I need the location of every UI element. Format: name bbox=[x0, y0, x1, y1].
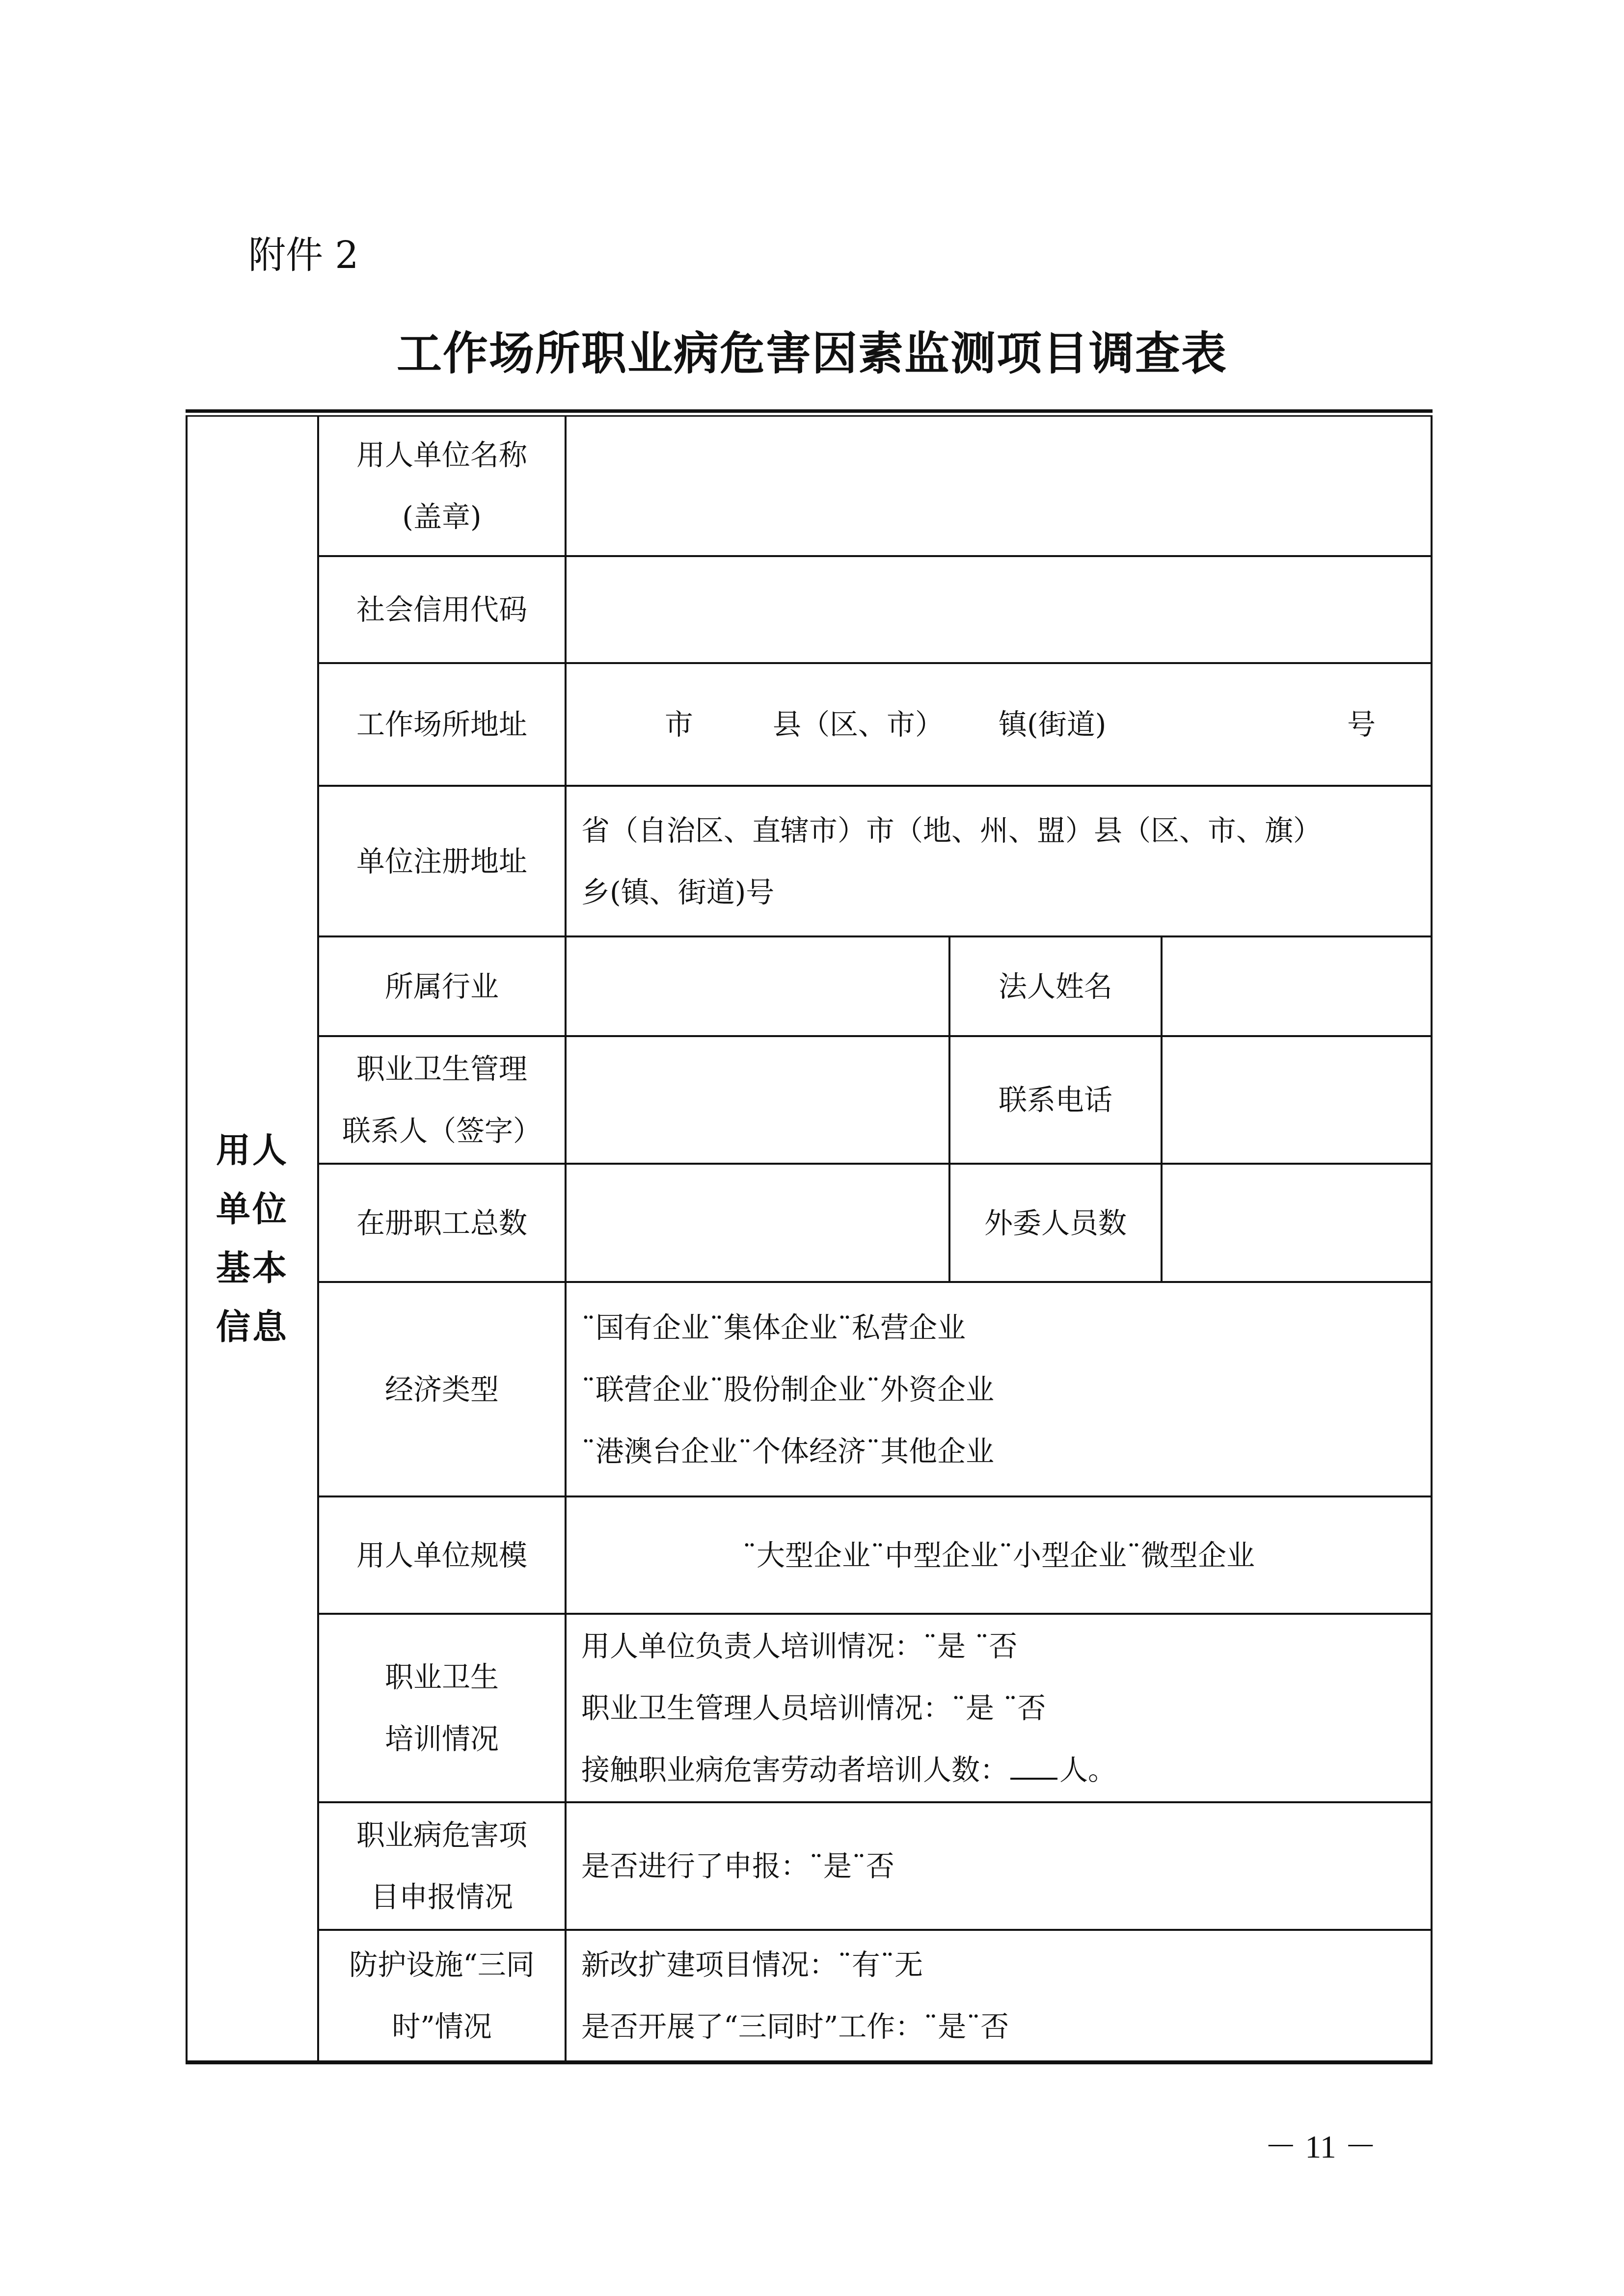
label-line: 目申报情况 bbox=[356, 1866, 527, 1928]
label-line: 职业病危害项 bbox=[356, 1804, 527, 1866]
credit-code-label: 社会信用代码 bbox=[319, 557, 565, 662]
label-line: 用人单位名称 bbox=[356, 424, 527, 486]
label-line: 联系人（签字） bbox=[342, 1100, 541, 1162]
oh-training-label: 职业卫生 培训情况 bbox=[319, 1615, 565, 1801]
label-line: (盖章) bbox=[356, 486, 527, 548]
new-project-option[interactable]: 新改扩建项目情况：¨有¨无 bbox=[581, 1934, 1009, 1996]
label-line: 职业卫生管理 bbox=[342, 1038, 541, 1100]
address-part-town: 镇(街道) bbox=[999, 694, 1106, 755]
worker-training-count-input[interactable] bbox=[1010, 1753, 1057, 1780]
label-line: 培训情况 bbox=[385, 1708, 499, 1770]
workplace-address-field[interactable]: 市 县（区、市） 镇(街道) 号 bbox=[567, 664, 1431, 785]
worker-training-count-line: 接触职业病危害劳动者培训人数：人。 bbox=[581, 1739, 1116, 1801]
group-label: 用人 单位 基本 信息 bbox=[216, 1121, 289, 1357]
hazard-declaration-label: 职业病危害项 目申报情况 bbox=[319, 1803, 565, 1929]
group-label-line: 信息 bbox=[216, 1298, 289, 1357]
registered-address-label: 单位注册地址 bbox=[319, 787, 565, 935]
address-part-number: 号 bbox=[1347, 694, 1376, 755]
workplace-address-label: 工作场所地址 bbox=[319, 664, 565, 785]
address-part-county: 县（区、市） bbox=[773, 694, 944, 755]
table-top-rule-thick bbox=[186, 409, 1433, 413]
economic-type-option-line[interactable]: ¨联营企业¨股份制企业¨外资企业 bbox=[581, 1359, 994, 1420]
worker-training-count-unit: 人。 bbox=[1059, 1753, 1116, 1787]
employer-scale-options[interactable]: ¨大型企业¨中型企业¨小型企业¨微型企业 bbox=[567, 1497, 1431, 1613]
three-simultaneous-work-option[interactable]: 是否开展了“三同时”工作：¨是¨否 bbox=[581, 1996, 1009, 2057]
economic-type-option-line[interactable]: ¨港澳台企业¨个体经济¨其他企业 bbox=[581, 1420, 994, 1482]
industry-field[interactable] bbox=[567, 937, 948, 1035]
address-part-city: 市 bbox=[665, 694, 693, 755]
registered-address-line: 省（自治区、直辖市）市（地、州、盟）县（区、市、旗） bbox=[581, 800, 1322, 861]
table-bottom-rule bbox=[186, 2060, 1433, 2064]
manager-training-option[interactable]: 职业卫生管理人员培训情况：¨是 ¨否 bbox=[581, 1677, 1116, 1739]
employee-count-label: 在册职工总数 bbox=[319, 1165, 565, 1281]
three-simultaneous-options[interactable]: 新改扩建项目情况：¨有¨无 是否开展了“三同时”工作：¨是¨否 bbox=[567, 1931, 1431, 2060]
group-label-cell: 用人 单位 基本 信息 bbox=[188, 417, 317, 2061]
economic-type-options[interactable]: ¨国有企业¨集体企业¨私营企业 ¨联营企业¨股份制企业¨外资企业 ¨港澳台企业¨… bbox=[567, 1283, 1431, 1495]
legal-person-label: 法人姓名 bbox=[950, 937, 1161, 1035]
oh-contact-label: 职业卫生管理 联系人（签字） bbox=[319, 1037, 565, 1163]
employer-name-label: 用人单位名称 (盖章) bbox=[319, 417, 565, 555]
label-line: 防护设施“三同 bbox=[349, 1934, 535, 1996]
attachment-label: 附件 2 bbox=[248, 231, 359, 280]
credit-code-field[interactable] bbox=[567, 557, 1431, 662]
phone-field[interactable] bbox=[1163, 1037, 1431, 1163]
employee-count-field[interactable] bbox=[567, 1165, 948, 1281]
group-label-line: 基本 bbox=[216, 1239, 289, 1298]
oh-training-options[interactable]: 用人单位负责人培训情况：¨是 ¨否 职业卫生管理人员培训情况：¨是 ¨否 接触职… bbox=[567, 1615, 1431, 1801]
page-number: － 11 － bbox=[1257, 2120, 1384, 2167]
oh-contact-field[interactable] bbox=[567, 1037, 948, 1163]
employer-scale-label: 用人单位规模 bbox=[319, 1497, 565, 1613]
hazard-declaration-options[interactable]: 是否进行了申报：¨是¨否 bbox=[567, 1803, 1431, 1929]
phone-label: 联系电话 bbox=[950, 1037, 1161, 1163]
label-line: 时”情况 bbox=[349, 1996, 535, 2057]
registered-address-line: 乡(镇、街道)号 bbox=[581, 861, 1322, 923]
leader-training-option[interactable]: 用人单位负责人培训情况：¨是 ¨否 bbox=[581, 1615, 1116, 1677]
document-title: 工作场所职业病危害因素监测项目调查表 bbox=[0, 324, 1624, 383]
label-line: 职业卫生 bbox=[385, 1646, 499, 1708]
registered-address-field[interactable]: 省（自治区、直辖市）市（地、州、盟）县（区、市、旗） 乡(镇、街道)号 bbox=[567, 787, 1431, 935]
group-label-line: 单位 bbox=[216, 1180, 289, 1239]
economic-type-option-line[interactable]: ¨国有企业¨集体企业¨私营企业 bbox=[581, 1297, 994, 1359]
legal-person-field[interactable] bbox=[1163, 937, 1431, 1035]
group-label-line: 用人 bbox=[216, 1121, 289, 1180]
three-simultaneous-label: 防护设施“三同 时”情况 bbox=[319, 1931, 565, 2060]
outsourced-count-label: 外委人员数 bbox=[950, 1165, 1161, 1281]
outsourced-count-field[interactable] bbox=[1163, 1165, 1431, 1281]
employer-name-field[interactable] bbox=[567, 417, 1431, 555]
worker-training-count-label: 接触职业病危害劳动者培训人数： bbox=[581, 1753, 1008, 1787]
industry-label: 所属行业 bbox=[319, 937, 565, 1035]
economic-type-label: 经济类型 bbox=[319, 1283, 565, 1495]
